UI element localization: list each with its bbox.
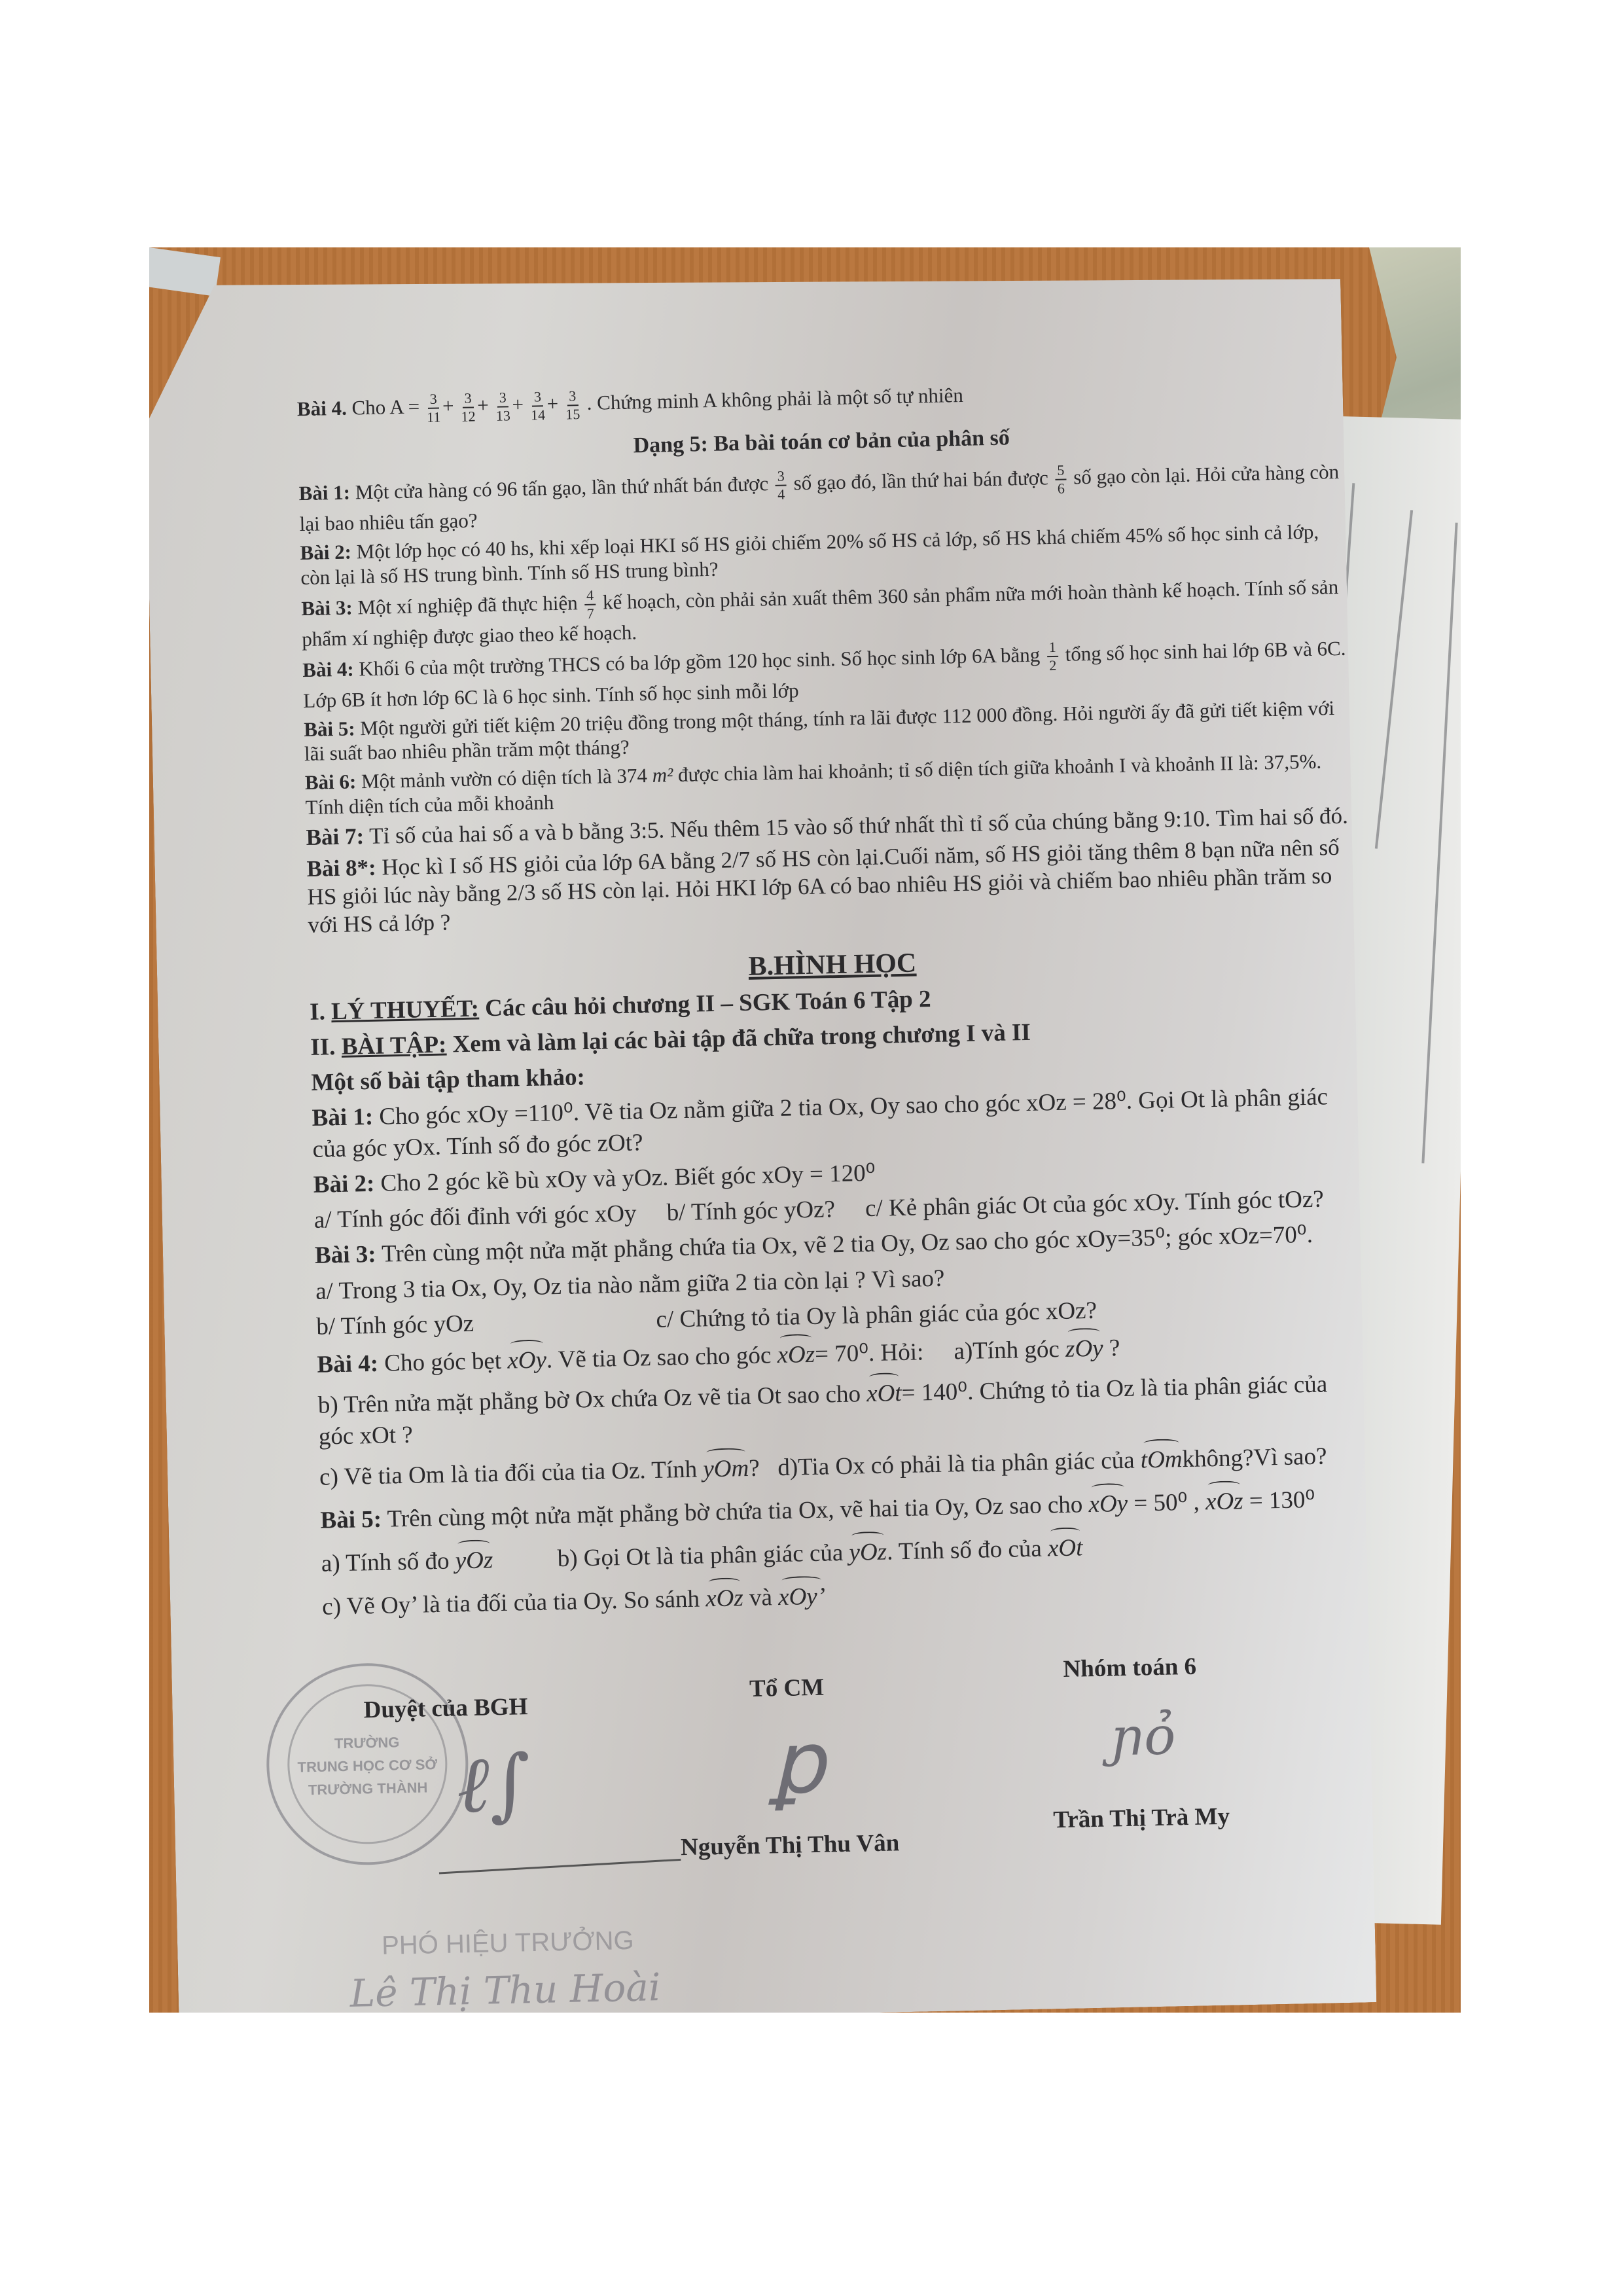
to-cm-title: Tổ CM: [749, 1674, 825, 1703]
sheet-content: Bài 4. Cho A = 311+ 312+ 313+ 314+ 315 .…: [297, 373, 1370, 1627]
nhom-toan-title: Nhóm toán 6: [1063, 1653, 1196, 1683]
to-cm-name: Nguyễn Thị Thu Vân: [681, 1829, 900, 1861]
fraction: 311: [426, 392, 440, 425]
principal-role: PHÓ HIỆU TRƯỞNG: [382, 1926, 634, 1961]
fraction: 312: [461, 391, 476, 423]
geo-bai5: Bài 5: Trên cùng một nửa mặt phẳng bờ ch…: [320, 1483, 1368, 1537]
principal-name: Lê Thị Thu Hoài: [349, 1965, 661, 2013]
bgh-signature: ℓ∫: [456, 1738, 531, 1831]
fraction: 315: [565, 389, 580, 422]
geometry-section: I. LÝ THUYẾT: Các câu hỏi chương II – SG…: [310, 975, 1370, 1623]
exam-review-sheet: Bài 4. Cho A = 311+ 312+ 313+ 314+ 315 .…: [149, 262, 1376, 2013]
nhom-toan-signature: ɲỏ: [1110, 1705, 1177, 1767]
signature-block: TRƯỜNG TRUNG HỌC CƠ SỞ TRƯỜNG THÀNH Duyệ…: [324, 1662, 1346, 2013]
school-stamp: TRƯỜNG TRUNG HỌC CƠ SỞ TRƯỜNG THÀNH: [264, 1661, 470, 1867]
bgh-approval-title: Duyệt của BGH: [363, 1693, 528, 1724]
algebra-bai4: Bài 4. Cho A = 311+ 312+ 313+ 314+ 315 .…: [297, 373, 1345, 427]
section-title-dang5: Dạng 5: Ba bài toán cơ bản của phân số: [298, 418, 1346, 467]
document-photo: Bài 4. Cho A = 311+ 312+ 313+ 314+ 315 .…: [149, 247, 1461, 2013]
signature-connector-line: [439, 1859, 681, 1874]
geo-bai4-b: b) Trên nửa mặt phẳng bờ Ox chứa Oz vẽ t…: [317, 1368, 1366, 1453]
fraction: 313: [495, 390, 510, 423]
to-cm-signature: ꝑ: [770, 1713, 826, 1814]
nhom-toan-name: Trần Thị Trà My: [1053, 1803, 1230, 1835]
fraction: 314: [530, 389, 545, 422]
problem-8: Bài 8*: Học kì I số HS giỏi của lớp 6A b…: [306, 834, 1355, 940]
geo-bai5-c: c) Vẽ Oy’ là tia đối của tia Oy. So sánh…: [322, 1570, 1370, 1623]
geo-bai5-ab: a) Tính số đo yOz b) Gọi Ot là tia phân …: [321, 1526, 1368, 1580]
